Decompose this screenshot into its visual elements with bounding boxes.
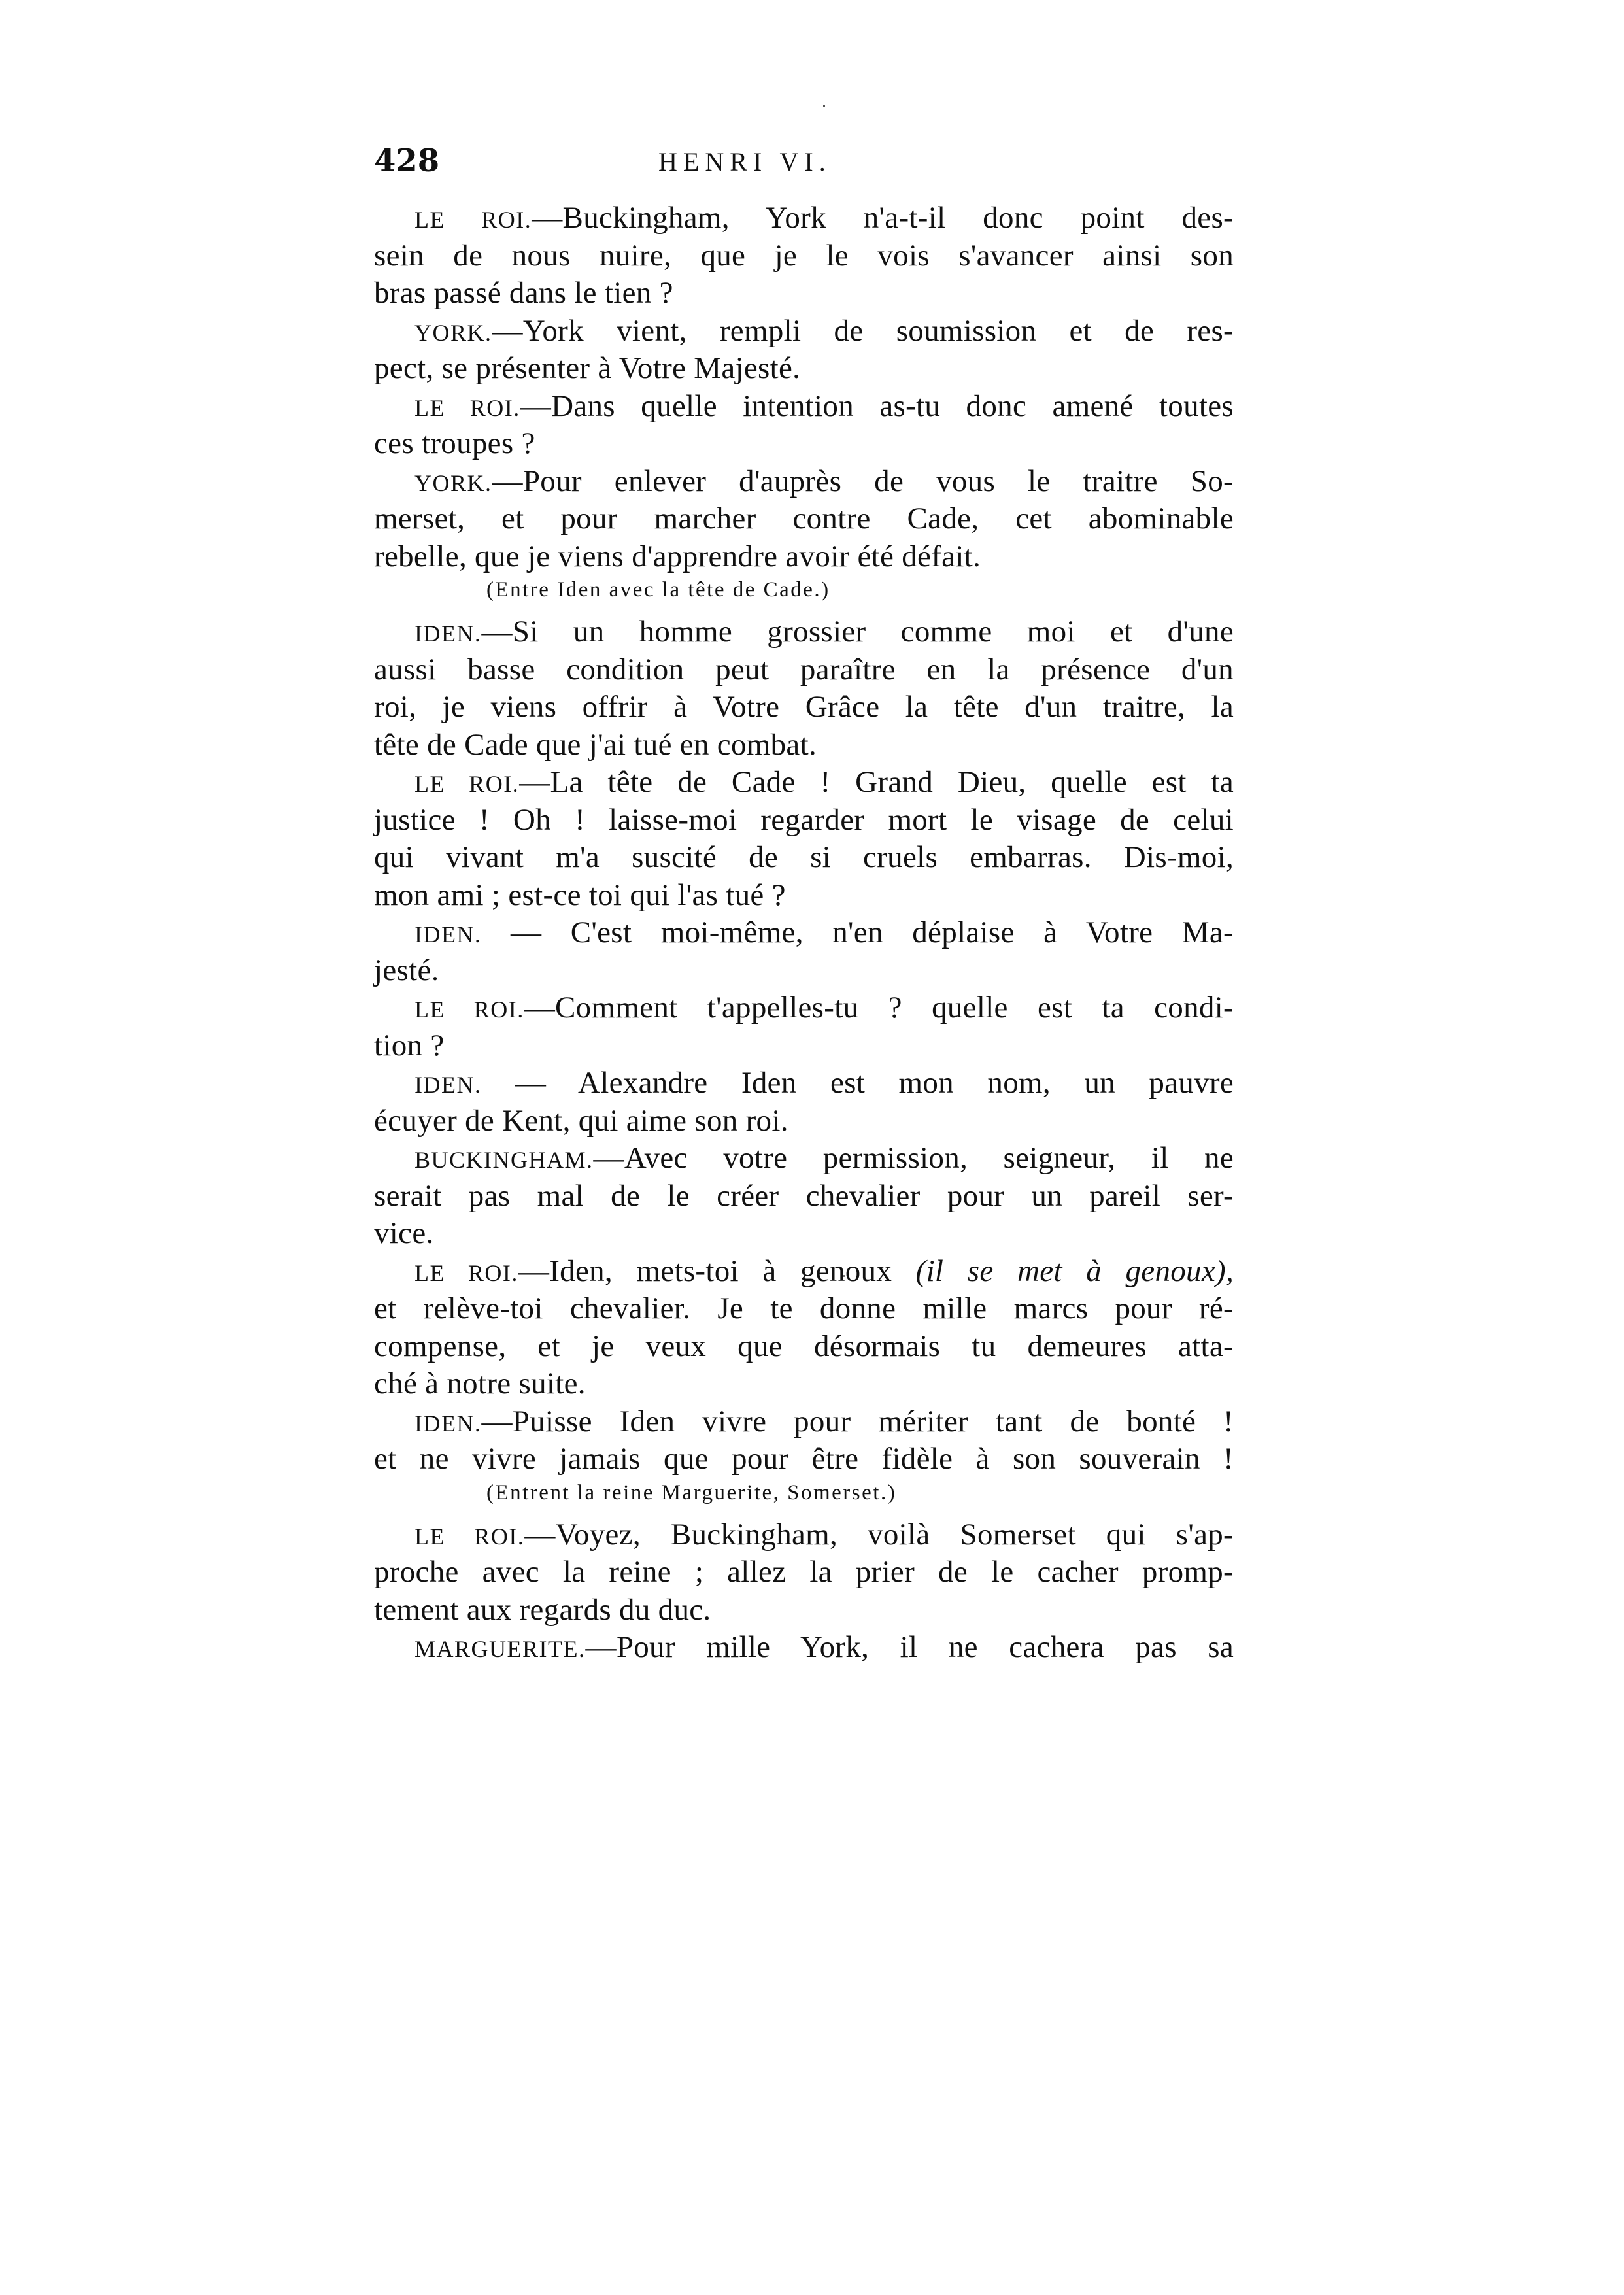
- text-line: IDEN. — C'est moi-même, n'en déplaise à …: [374, 914, 1234, 952]
- text-line: LE ROI.—La tête de Cade ! Grand Dieu, qu…: [374, 764, 1234, 802]
- text-line: justice ! Oh ! laisse-moi regarder mort …: [374, 802, 1234, 840]
- speaker-name: IDEN.: [414, 620, 481, 647]
- text-line: merset, et pour marcher contre Cade, cet…: [374, 500, 1234, 538]
- page-number: 428: [374, 143, 439, 179]
- text-line: qui vivant m'a suscité de si cruels emba…: [374, 839, 1234, 877]
- text-line: roi, je viens offrir à Votre Grâce la tê…: [374, 688, 1234, 726]
- stage-direction: (Entrent la reine Marguerite, Somerset.): [374, 1478, 1234, 1511]
- text-line: YORK.—Pour enlever d'auprès de vous le t…: [374, 463, 1234, 501]
- text-line: IDEN.—Si un homme grossier comme moi et …: [374, 613, 1234, 651]
- text-line: MARGUERITE.—Pour mille York, il ne cache…: [374, 1629, 1234, 1667]
- speaker-name: IDEN.: [414, 1410, 481, 1436]
- text-line: tement aux regards du duc.: [374, 1591, 1234, 1629]
- speaker-name: LE ROI.: [414, 771, 519, 797]
- speaker-name: LE ROI.: [414, 996, 524, 1023]
- page-text: LE ROI.—Buckingham, York n'a-t-il donc p…: [374, 199, 1234, 1667]
- text-line: et relève-toi chevalier. Je te donne mil…: [374, 1290, 1234, 1328]
- text-line: bras passé dans le tien ?: [374, 275, 1234, 313]
- speaker-name: IDEN.: [414, 1072, 481, 1098]
- text-line: BUCKINGHAM.—Avec votre permission, seign…: [374, 1140, 1234, 1178]
- text-line: tion ?: [374, 1027, 1234, 1065]
- text-line: LE ROI.—Iden, mets-toi à genoux (il se m…: [374, 1253, 1234, 1291]
- inline-stage-direction: (il se met à genoux),: [916, 1254, 1234, 1288]
- speaker-name: IDEN.: [414, 921, 481, 947]
- running-title: HENRI VI.: [658, 146, 832, 177]
- text-line: écuyer de Kent, qui aime son roi.: [374, 1102, 1234, 1140]
- text-line: LE ROI.—Comment t'appelles-tu ? quelle e…: [374, 989, 1234, 1027]
- text-line: aussi basse condition peut paraître en l…: [374, 651, 1234, 689]
- text-line: YORK.—York vient, rempli de soumission e…: [374, 313, 1234, 350]
- speaker-name: YORK.: [414, 320, 492, 346]
- stage-direction: (Entre Iden avec la tête de Cade.): [374, 575, 1234, 608]
- speaker-name: MARGUERITE.: [414, 1636, 586, 1662]
- text-line: ché à notre suite.: [374, 1365, 1234, 1403]
- speaker-name: LE ROI.: [414, 1523, 524, 1550]
- text-line: vice.: [374, 1215, 1234, 1253]
- text-line: IDEN.—Puisse Iden vivre pour mériter tan…: [374, 1403, 1234, 1441]
- text-line: pect, se présenter à Votre Majesté.: [374, 350, 1234, 388]
- text-line: jesté.: [374, 952, 1234, 990]
- text-line: LE ROI.—Buckingham, York n'a-t-il donc p…: [374, 199, 1234, 237]
- text-line: mon ami ; est-ce toi qui l'as tué ?: [374, 877, 1234, 915]
- text-line: compense, et je veux que désormais tu de…: [374, 1328, 1234, 1366]
- speaker-name: LE ROI.: [414, 395, 520, 421]
- text-line: LE ROI.—Voyez, Buckingham, voilà Somerse…: [374, 1516, 1234, 1554]
- speaker-name: YORK.: [414, 470, 492, 496]
- speaker-name: BUCKINGHAM.: [414, 1147, 594, 1173]
- text-line: ces troupes ?: [374, 425, 1234, 463]
- text-line: IDEN. — Alexandre Iden est mon nom, un p…: [374, 1064, 1234, 1102]
- text-line: LE ROI.—Dans quelle intention as-tu donc…: [374, 388, 1234, 426]
- speaker-name: LE ROI.: [414, 207, 532, 233]
- text-line: rebelle, que je viens d'apprendre avoir …: [374, 538, 1234, 576]
- text-line: sein de nous nuire, que je le vois s'ava…: [374, 237, 1234, 275]
- text-line: et ne vivre jamais que pour être fidèle …: [374, 1440, 1234, 1478]
- text-line: tête de Cade que j'ai tué en combat.: [374, 726, 1234, 764]
- running-head: 428 HENRI VI.: [374, 143, 1234, 182]
- scan-speck: [823, 105, 825, 107]
- speaker-name: LE ROI.: [414, 1260, 518, 1286]
- text-line: proche avec la reine ; allez la prier de…: [374, 1554, 1234, 1591]
- text-line: serait pas mal de le créer chevalier pou…: [374, 1178, 1234, 1215]
